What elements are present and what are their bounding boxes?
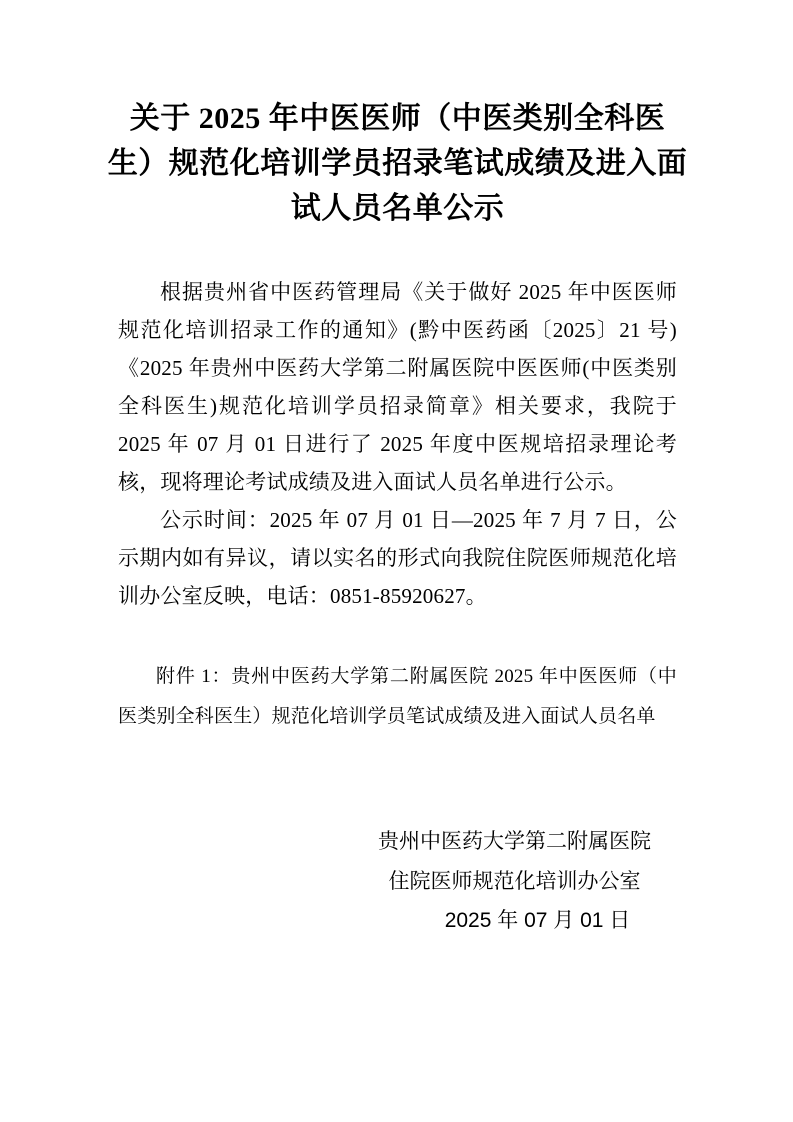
paragraph-publicity-period: 公示时间：2025 年 07 月 01 日—2025 年 7 月 7 日，公示期… xyxy=(118,501,677,615)
title-line-1: 关于 2025 年中医医师（中医类别全科医 xyxy=(87,96,708,141)
signature-block: 贵州中医药大学第二附属医院 住院医师规范化培训办公室 2025 年 07 月 0… xyxy=(372,821,657,941)
signature-org: 贵州中医药大学第二附属医院 xyxy=(372,821,657,861)
document-title: 关于 2025 年中医医师（中医类别全科医 生）规范化培训学员招录笔试成绩及进入… xyxy=(87,96,708,231)
attachment-note: 附件 1：贵州中医药大学第二附属医院 2025 年中医医师（中医类别全科医生）规… xyxy=(118,657,677,737)
document-page: 关于 2025 年中医医师（中医类别全科医 生）规范化培训学员招录笔试成绩及进入… xyxy=(0,0,793,1122)
paragraph-recruitment-basis: 根据贵州省中医药管理局《关于做好 2025 年中医医师规范化培训招录工作的通知》… xyxy=(118,273,677,501)
title-line-2: 生）规范化培训学员招录笔试成绩及进入面 xyxy=(87,141,708,186)
document-body: 根据贵州省中医药管理局《关于做好 2025 年中医医师规范化培训招录工作的通知》… xyxy=(118,273,677,941)
signature-office: 住院医师规范化培训办公室 xyxy=(372,861,657,901)
signature-date: 2025 年 07 月 01 日 xyxy=(395,901,680,941)
title-line-3: 试人员名单公示 xyxy=(87,186,708,231)
